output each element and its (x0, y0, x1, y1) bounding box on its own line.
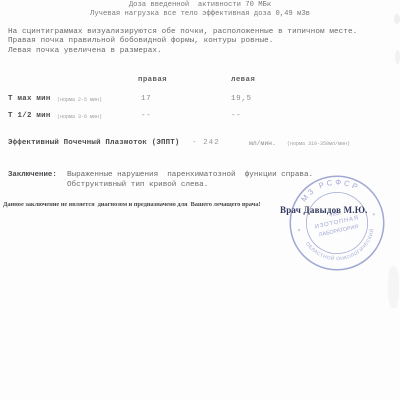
scan-artifact (388, 266, 399, 308)
thalf-norm: (норма 3-6 мин) (57, 114, 102, 120)
doctor-signature: Врач Давыдов М.Ю. (280, 205, 368, 215)
conclusion-line-1: Выраженные нарушения паренхиматозной фун… (67, 171, 313, 179)
tmax-right-value: 17 (141, 95, 151, 103)
thalf-label: Т 1/2 мин (8, 112, 51, 120)
scan-artifact (395, 50, 400, 64)
stamp-star-left: * (297, 228, 301, 235)
eppt-value: - 242 (192, 139, 220, 147)
eppt-norm: (норма 310-350мл/мин) (287, 141, 350, 147)
round-stamp: МЗ РСФСР ОБЛАСТНОЙ ОНКОЛОГИЧЕСКИЙ * * -Л… (277, 163, 398, 284)
conclusion-label: Заключение: (8, 171, 57, 179)
column-header-left-kidney: левая (231, 76, 255, 84)
column-header-right-kidney: правая (138, 76, 167, 84)
thalf-left-value: -- (231, 112, 241, 120)
radiation-dose-line: Лучевая нагрузка все тело эффективная до… (0, 10, 400, 19)
scan-artifact (394, 14, 400, 24)
eppt-units: мл/мин. (249, 140, 276, 147)
dose-activity-line: Доза введенной активности 70 МБк (0, 1, 400, 10)
thalf-right-value: -- (141, 112, 151, 120)
tmax-left-value: 19,5 (231, 95, 252, 103)
findings-line-1: На сцинтиграммах визуализируются обе поч… (8, 28, 357, 36)
stamp-star-right: * (372, 212, 376, 219)
conclusion-line-2: Обструктивный тип кривой слева. (67, 181, 208, 189)
disclaimer-text: Данное заключение не является диагнозом … (3, 201, 260, 208)
eppt-label: Эффективный Почечный Плазмоток (ЭППТ) (8, 139, 180, 147)
tmax-label: Т мах мин (8, 95, 51, 103)
tmax-norm: (норма 2-5 мин) (57, 97, 102, 103)
findings-line-3: Левая почка увеличена в размерах. (8, 47, 162, 55)
scanned-report-page: Доза введенной активности 70 МБк Лучевая… (0, 0, 400, 400)
findings-line-2: Правая почка правильной бобовидной формы… (8, 37, 273, 45)
